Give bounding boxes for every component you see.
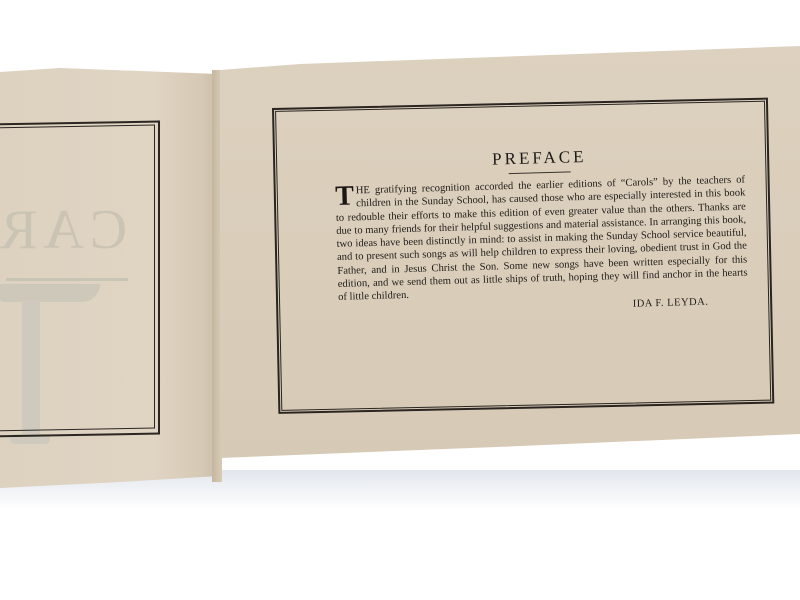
preface-body: T HE gratifying recognition accorded the… (335, 174, 748, 305)
preface-text: HE gratifying recognition accorded the e… (336, 175, 748, 304)
preface-block: PREFACE T HE gratifying recognition acco… (334, 139, 749, 318)
title-rule (509, 171, 571, 174)
left-page-border-inner (0, 125, 155, 432)
drop-cap: T (335, 184, 354, 209)
page-title: PREFACE (334, 143, 744, 174)
left-page: CAR (0, 68, 218, 488)
open-book-photo: CAR PREFACE T HE gratifying recognition … (0, 0, 800, 600)
